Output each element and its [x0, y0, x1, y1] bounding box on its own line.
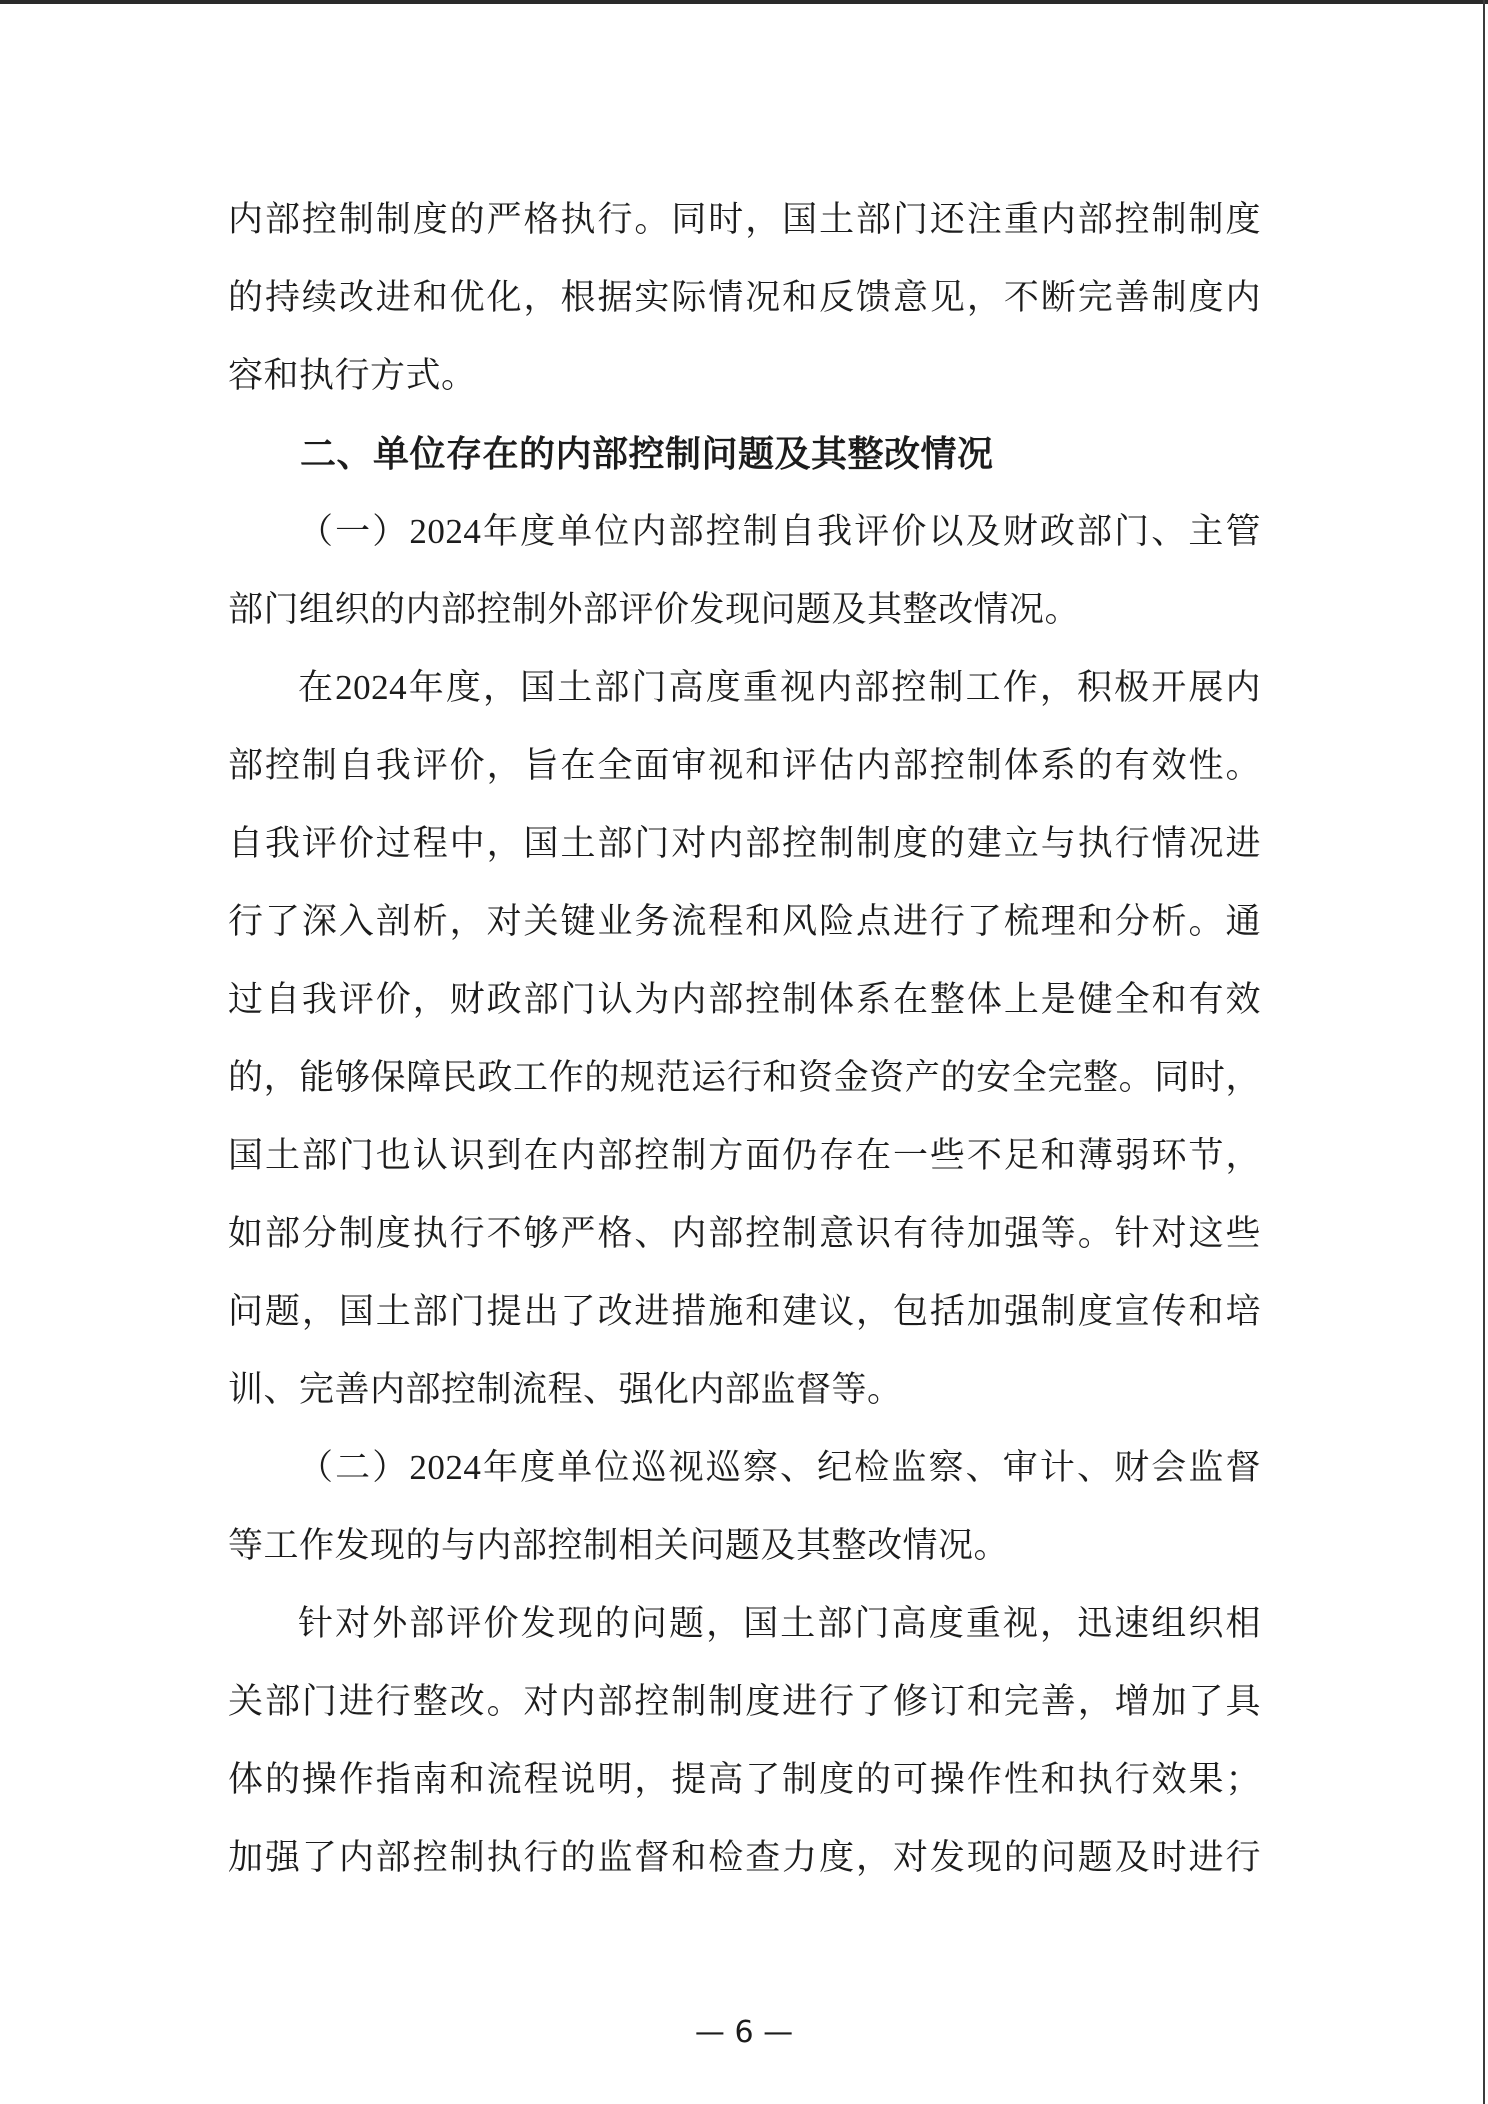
- body-text-line: 的，能够保障民政工作的规范运行和资金资产的安全完整。同时，: [228, 1039, 1261, 1117]
- body-text-line: 针对外部评价发现的问题，国土部门高度重视，迅速组织相: [228, 1585, 1261, 1663]
- body-text-line: （一）2024年度单位内部控制自我评价以及财政部门、主管: [228, 493, 1261, 571]
- body-text-line: 等工作发现的与内部控制相关问题及其整改情况。: [228, 1507, 1261, 1585]
- body-text-line: 问题，国土部门提出了改进措施和建议，包括加强制度宣传和培: [228, 1273, 1261, 1351]
- body-text-line: 关部门进行整改。对内部控制制度进行了修订和完善，增加了具: [228, 1663, 1261, 1741]
- document-page: 内部控制制度的严格执行。同时，国土部门还注重内部控制制度 的持续改进和优化，根据…: [0, 0, 1488, 2104]
- body-text-line: 部门组织的内部控制外部评价发现问题及其整改情况。: [228, 571, 1261, 649]
- document-body: 内部控制制度的严格执行。同时，国土部门还注重内部控制制度 的持续改进和优化，根据…: [228, 181, 1261, 1897]
- body-text-line: 行了深入剖析，对关键业务流程和风险点进行了梳理和分析。通: [228, 883, 1261, 961]
- body-text-line: （二）2024年度单位巡视巡察、纪检监察、审计、财会监督: [228, 1429, 1261, 1507]
- page-top-edge: [0, 0, 1488, 4]
- body-text-line: 容和执行方式。: [228, 337, 1261, 415]
- page-right-edge: [1483, 0, 1485, 2104]
- body-text-line: 国土部门也认识到在内部控制方面仍存在一些不足和薄弱环节，: [228, 1117, 1261, 1195]
- body-text-line: 训、完善内部控制流程、强化内部监督等。: [228, 1351, 1261, 1429]
- body-text-line: 部控制自我评价，旨在全面审视和评估内部控制体系的有效性。: [228, 727, 1261, 805]
- body-text-line: 加强了内部控制执行的监督和检查力度，对发现的问题及时进行: [228, 1819, 1261, 1897]
- body-text-line: 自我评价过程中，国土部门对内部控制制度的建立与执行情况进: [228, 805, 1261, 883]
- body-text-line: 的持续改进和优化，根据实际情况和反馈意见，不断完善制度内: [228, 259, 1261, 337]
- body-text-line: 内部控制制度的严格执行。同时，国土部门还注重内部控制制度: [228, 181, 1261, 259]
- body-text-line: 如部分制度执行不够严格、内部控制意识有待加强等。针对这些: [228, 1195, 1261, 1273]
- section-heading: 二、单位存在的内部控制问题及其整改情况: [228, 415, 1261, 493]
- body-text-line: 过自我评价，财政部门认为内部控制体系在整体上是健全和有效: [228, 961, 1261, 1039]
- body-text-line: 体的操作指南和流程说明，提高了制度的可操作性和执行效果；: [228, 1741, 1261, 1819]
- page-number: — 6 —: [0, 2008, 1488, 2058]
- body-text-line: 在2024年度，国土部门高度重视内部控制工作，积极开展内: [228, 649, 1261, 727]
